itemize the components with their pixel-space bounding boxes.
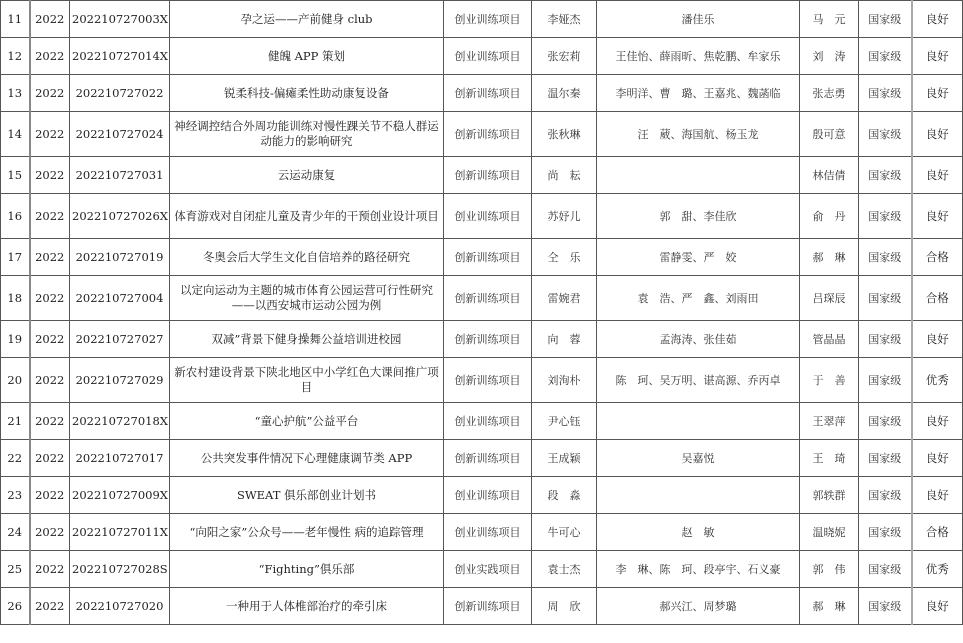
year-cell: 2022 [30,403,70,440]
advisor-cell: 王 琦 [800,440,859,477]
project-type-cell: 创新训练项目 [444,75,532,112]
table-row: 252022202210727028S“Fighting”俱乐部创业实践项目袁士… [1,551,963,588]
advisor-cell: 张志勇 [800,75,859,112]
members-cell [597,477,800,514]
project-title-cell: 神经调控结合外周功能训练对慢性踝关节不稳人群运动能力的影响研究 [170,112,444,157]
level-cell: 国家级 [859,194,912,239]
year-cell: 2022 [30,276,70,321]
project-code-cell: 202210727029 [70,358,170,403]
members-cell: 王佳怡、薛雨昕、焦乾鹏、牟家乐 [597,38,800,75]
grade-cell: 良好 [912,440,963,477]
table-row: 142022202210727024神经调控结合外周功能训练对慢性踝关节不稳人群… [1,112,963,157]
project-code-cell: 202210727024 [70,112,170,157]
leader-cell: 温尔秦 [532,75,597,112]
project-code-cell: 202210727003X [70,1,170,38]
grade-cell: 良好 [912,112,963,157]
advisor-cell: 郭轶群 [800,477,859,514]
year-cell: 2022 [30,321,70,358]
project-title-cell: 云运动康复 [170,157,444,194]
project-title-cell: “童心护航”公益平台 [170,403,444,440]
leader-cell: 刘洵朴 [532,358,597,403]
year-cell: 2022 [30,358,70,403]
grade-cell: 良好 [912,321,963,358]
leader-cell: 向 蓉 [532,321,597,358]
row-number: 17 [1,239,30,276]
row-number: 22 [1,440,30,477]
members-cell [597,157,800,194]
year-cell: 2022 [30,551,70,588]
grade-cell: 良好 [912,194,963,239]
grade-cell: 良好 [912,477,963,514]
row-number: 15 [1,157,30,194]
project-title-cell: 一种用于人体椎部治疗的牵引床 [170,588,444,625]
grade-cell: 合格 [912,239,963,276]
row-number: 12 [1,38,30,75]
project-code-cell: 202210727026X [70,194,170,239]
grade-cell: 良好 [912,157,963,194]
project-code-cell: 202210727027 [70,321,170,358]
advisor-cell: 殷可意 [800,112,859,157]
advisor-cell: 马 元 [800,1,859,38]
level-cell: 国家级 [859,477,912,514]
project-code-cell: 202210727011X [70,514,170,551]
level-cell: 国家级 [859,551,912,588]
level-cell: 国家级 [859,588,912,625]
level-cell: 国家级 [859,38,912,75]
table-row: 222022202210727017公共突发事件情况下心理健康调节类 APP创新… [1,440,963,477]
level-cell: 国家级 [859,321,912,358]
row-number: 24 [1,514,30,551]
advisor-cell: 于 善 [800,358,859,403]
table-row: 112022202210727003X孕之运——产前健身 club创业训练项目李… [1,1,963,38]
table-row: 122022202210727014X健魄 APP 策划创业训练项目张宏莉王佳怡… [1,38,963,75]
project-type-cell: 创新训练项目 [444,239,532,276]
project-type-cell: 创业训练项目 [444,477,532,514]
project-code-cell: 202210727009X [70,477,170,514]
leader-cell: 尚 耘 [532,157,597,194]
members-cell: 李 琳、陈 珂、段亭宇、石义豪 [597,551,800,588]
leader-cell: 雷婉君 [532,276,597,321]
grade-cell: 合格 [912,276,963,321]
members-cell: 雷静雯、严 姣 [597,239,800,276]
members-cell: 孟海涛、张佳茹 [597,321,800,358]
project-title-cell: 锐柔科技-偏瘫柔性助动康复设备 [170,75,444,112]
year-cell: 2022 [30,157,70,194]
level-cell: 国家级 [859,440,912,477]
project-type-cell: 创新训练项目 [444,321,532,358]
year-cell: 2022 [30,440,70,477]
year-cell: 2022 [30,514,70,551]
project-type-cell: 创业实践项目 [444,551,532,588]
project-title-cell: SWEAT 俱乐部创业计划书 [170,477,444,514]
project-title-cell: 双减”背景下健身操舞公益培训进校园 [170,321,444,358]
year-cell: 2022 [30,477,70,514]
advisor-cell: 郝 琳 [800,239,859,276]
level-cell: 国家级 [859,239,912,276]
leader-cell: 仝 乐 [532,239,597,276]
table-row: 232022202210727009XSWEAT 俱乐部创业计划书创业训练项目段… [1,477,963,514]
year-cell: 2022 [30,112,70,157]
project-type-cell: 创业训练项目 [444,1,532,38]
leader-cell: 张秋琳 [532,112,597,157]
row-number: 26 [1,588,30,625]
grade-cell: 良好 [912,588,963,625]
project-code-cell: 202210727019 [70,239,170,276]
project-type-cell: 创业训练项目 [444,194,532,239]
advisor-cell: 王翠萍 [800,403,859,440]
project-table: 112022202210727003X孕之运——产前健身 club创业训练项目李… [0,0,963,625]
advisor-cell: 俞 丹 [800,194,859,239]
year-cell: 2022 [30,38,70,75]
row-number: 23 [1,477,30,514]
table-row: 242022202210727011X“向阳之家”公众号——老年慢性 病的追踪管… [1,514,963,551]
leader-cell: 李娅杰 [532,1,597,38]
advisor-cell: 郭 伟 [800,551,859,588]
project-type-cell: 创业训练项目 [444,403,532,440]
leader-cell: 段 淼 [532,477,597,514]
year-cell: 2022 [30,194,70,239]
grade-cell: 良好 [912,1,963,38]
grade-cell: 合格 [912,514,963,551]
advisor-cell: 刘 涛 [800,38,859,75]
grade-cell: 良好 [912,75,963,112]
table-row: 182022202210727004以定向运动为主题的城市体育公园运营可行性研究… [1,276,963,321]
year-cell: 2022 [30,239,70,276]
grade-cell: 优秀 [912,551,963,588]
project-title-cell: 体育游戏对自闭症儿童及青少年的干预创业设计项目 [170,194,444,239]
table-row: 212022202210727018X“童心护航”公益平台创业训练项目尹心钰王翠… [1,403,963,440]
project-code-cell: 202210727018X [70,403,170,440]
project-title-cell: 健魄 APP 策划 [170,38,444,75]
project-title-cell: 以定向运动为主题的城市体育公园运营可行性研究——以西安城市运动公园为例 [170,276,444,321]
project-title-cell: “Fighting”俱乐部 [170,551,444,588]
level-cell: 国家级 [859,514,912,551]
advisor-cell: 温晓妮 [800,514,859,551]
level-cell: 国家级 [859,1,912,38]
leader-cell: 尹心钰 [532,403,597,440]
row-number: 14 [1,112,30,157]
year-cell: 2022 [30,1,70,38]
table-row: 202022202210727029新农村建设背景下陕北地区中小学红色大课间推广… [1,358,963,403]
level-cell: 国家级 [859,157,912,194]
leader-cell: 苏妤儿 [532,194,597,239]
table-row: 172022202210727019冬奥会后大学生文化自信培养的路径研究创新训练… [1,239,963,276]
grade-cell: 良好 [912,403,963,440]
grade-cell: 良好 [912,38,963,75]
leader-cell: 袁士杰 [532,551,597,588]
members-cell: 郭 甜、李佳欣 [597,194,800,239]
year-cell: 2022 [30,588,70,625]
level-cell: 国家级 [859,276,912,321]
members-cell: 吴嘉悦 [597,440,800,477]
project-title-cell: “向阳之家”公众号——老年慢性 病的追踪管理 [170,514,444,551]
project-code-cell: 202210727028S [70,551,170,588]
project-title-cell: 孕之运——产前健身 club [170,1,444,38]
project-code-cell: 202210727004 [70,276,170,321]
level-cell: 国家级 [859,75,912,112]
table-row: 262022202210727020一种用于人体椎部治疗的牵引床创新训练项目周 … [1,588,963,625]
leader-cell: 牛可心 [532,514,597,551]
table-row: 132022202210727022锐柔科技-偏瘫柔性助动康复设备创新训练项目温… [1,75,963,112]
leader-cell: 王成颖 [532,440,597,477]
members-cell: 汪 葳、海国航、杨玉龙 [597,112,800,157]
project-code-cell: 202210727017 [70,440,170,477]
row-number: 21 [1,403,30,440]
advisor-cell: 管晶晶 [800,321,859,358]
table-row: 152022202210727031云运动康复创新训练项目尚 耘林佶倩国家级良好 [1,157,963,194]
table-row: 192022202210727027双减”背景下健身操舞公益培训进校园创新训练项… [1,321,963,358]
project-title-cell: 冬奥会后大学生文化自信培养的路径研究 [170,239,444,276]
table-row: 162022202210727026X体育游戏对自闭症儿童及青少年的干预创业设计… [1,194,963,239]
members-cell: 李明洋、曹 璐、王嘉兆、魏菡临 [597,75,800,112]
project-type-cell: 创新训练项目 [444,112,532,157]
row-number: 18 [1,276,30,321]
project-code-cell: 202210727020 [70,588,170,625]
grade-cell: 优秀 [912,358,963,403]
advisor-cell: 林佶倩 [800,157,859,194]
level-cell: 国家级 [859,403,912,440]
members-cell: 陈 珂、吴万明、谌高源、乔丙卓 [597,358,800,403]
project-type-cell: 创新训练项目 [444,440,532,477]
members-cell: 赵 敏 [597,514,800,551]
leader-cell: 周 欣 [532,588,597,625]
project-type-cell: 创新训练项目 [444,157,532,194]
project-type-cell: 创新训练项目 [444,358,532,403]
advisor-cell: 吕琛辰 [800,276,859,321]
project-title-cell: 公共突发事件情况下心理健康调节类 APP [170,440,444,477]
row-number: 16 [1,194,30,239]
row-number: 25 [1,551,30,588]
leader-cell: 张宏莉 [532,38,597,75]
table-body: 112022202210727003X孕之运——产前健身 club创业训练项目李… [1,1,963,625]
level-cell: 国家级 [859,112,912,157]
project-type-cell: 创新训练项目 [444,276,532,321]
level-cell: 国家级 [859,358,912,403]
row-number: 20 [1,358,30,403]
project-code-cell: 202210727014X [70,38,170,75]
advisor-cell: 郝 琳 [800,588,859,625]
project-code-cell: 202210727031 [70,157,170,194]
row-number: 19 [1,321,30,358]
members-cell: 郝兴江、周梦璐 [597,588,800,625]
row-number: 11 [1,1,30,38]
project-type-cell: 创业训练项目 [444,514,532,551]
project-type-cell: 创新训练项目 [444,588,532,625]
project-type-cell: 创业训练项目 [444,38,532,75]
members-cell [597,403,800,440]
members-cell: 袁 浩、严 鑫、刘雨田 [597,276,800,321]
year-cell: 2022 [30,75,70,112]
project-code-cell: 202210727022 [70,75,170,112]
row-number: 13 [1,75,30,112]
members-cell: 潘佳乐 [597,1,800,38]
project-title-cell: 新农村建设背景下陕北地区中小学红色大课间推广项目 [170,358,444,403]
